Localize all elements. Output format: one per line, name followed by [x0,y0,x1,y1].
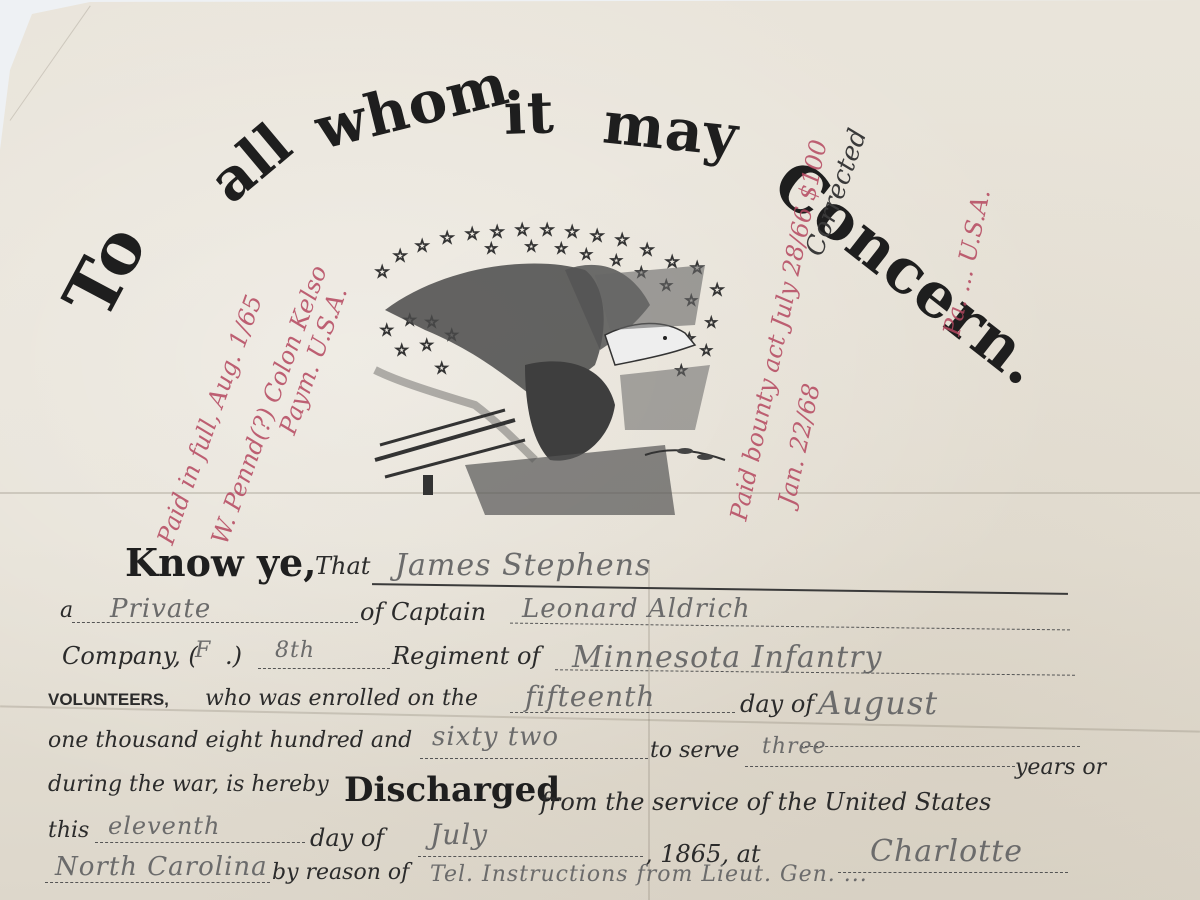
heading-word-it: it [503,78,556,148]
svg-text:☆: ☆ [465,224,479,243]
svg-text:☆: ☆ [610,253,623,269]
svg-text:☆: ☆ [525,239,538,255]
service-of-united-states-label: from the service of the United States [540,788,991,816]
captain-name-field: Leonard Aldrich [522,594,751,624]
enrollment-day-underline [510,712,735,713]
company-letter-field: F [195,638,211,663]
discharge-month-underline [418,856,643,857]
to-serve-label: to serve [650,738,739,763]
discharge-reason-field: Tel. Instructions from Lieut. Gen. ... [430,862,868,887]
eagle-emblem-icon: ☆ ☆ ☆ ☆ ☆ ☆ ☆ ☆ ☆ ☆ ☆ ☆ ☆ ☆ ☆ ☆ ☆ ☆ ☆ ☆ … [365,215,735,525]
enrollment-month-field: August [818,684,938,722]
enrollment-day-field: fifteenth [525,680,655,713]
svg-text:☆: ☆ [440,228,454,247]
svg-text:☆: ☆ [380,321,393,339]
svg-text:☆: ☆ [540,220,554,239]
svg-text:☆: ☆ [375,262,389,281]
company-label: Company, ( [62,642,198,670]
discharge-place-field: Charlotte [870,834,1023,869]
discharge-day-of-label: day of [310,824,384,852]
regiment-number-field: 8th [275,638,315,663]
svg-text:☆: ☆ [590,226,604,245]
company-close-label: .) [225,642,242,670]
of-captain-label: of Captain [360,598,486,626]
svg-text:☆: ☆ [420,336,433,354]
discharge-place-underline [838,872,1068,873]
during-war-label: during the war, is hereby [48,772,329,797]
enrollment-year-field: sixty two [432,722,559,752]
discharge-day-underline [95,842,305,843]
svg-text:☆: ☆ [515,220,529,239]
years-or-label: years or [1015,755,1106,780]
svg-text:☆: ☆ [395,341,408,359]
term-field: three [762,734,827,759]
svg-text:☆: ☆ [435,359,448,377]
enrollment-day-of-label: day of [740,690,814,718]
volunteers-label: VOLUNTEERS, [48,690,169,710]
one-thousand-label: one thousand eight hundred and [48,728,412,753]
discharge-state-underline [45,882,270,883]
this-label: this [48,818,89,843]
svg-text:☆: ☆ [615,230,629,249]
svg-text:☆: ☆ [485,241,498,257]
enrollment-year-underline [420,758,648,759]
discharged-label: Discharged [344,770,560,810]
soldier-name-field: James Stephens [395,548,651,583]
svg-text:☆: ☆ [700,343,713,359]
know-ye-label: Know ye, [125,540,316,585]
svg-text:☆: ☆ [640,240,654,259]
svg-text:☆: ☆ [393,246,407,265]
heading-word-may: may [600,88,742,170]
regiment-of-label: Regiment of [392,642,540,670]
regiment-number-underline [258,668,390,669]
enrollment-month-underline [800,746,1080,747]
a-label: a [60,598,73,623]
svg-text:☆: ☆ [565,222,579,241]
svg-text:☆: ☆ [490,222,504,241]
enrolled-on-label: who was enrolled on the [205,686,478,711]
svg-text:☆: ☆ [415,236,429,255]
svg-text:☆: ☆ [710,280,724,299]
svg-text:☆: ☆ [705,315,718,331]
discharge-month-field: July [430,818,488,851]
discharge-state-field: North Carolina [55,852,268,882]
term-underline [745,766,1015,767]
discharge-day-field: eleventh [108,812,220,840]
svg-text:☆: ☆ [580,247,593,263]
that-label: That [315,552,370,580]
by-reason-of-label: by reason of [272,860,409,885]
rank-underline [72,622,358,623]
rank-field: Private [110,594,211,624]
svg-text:☆: ☆ [555,241,568,257]
